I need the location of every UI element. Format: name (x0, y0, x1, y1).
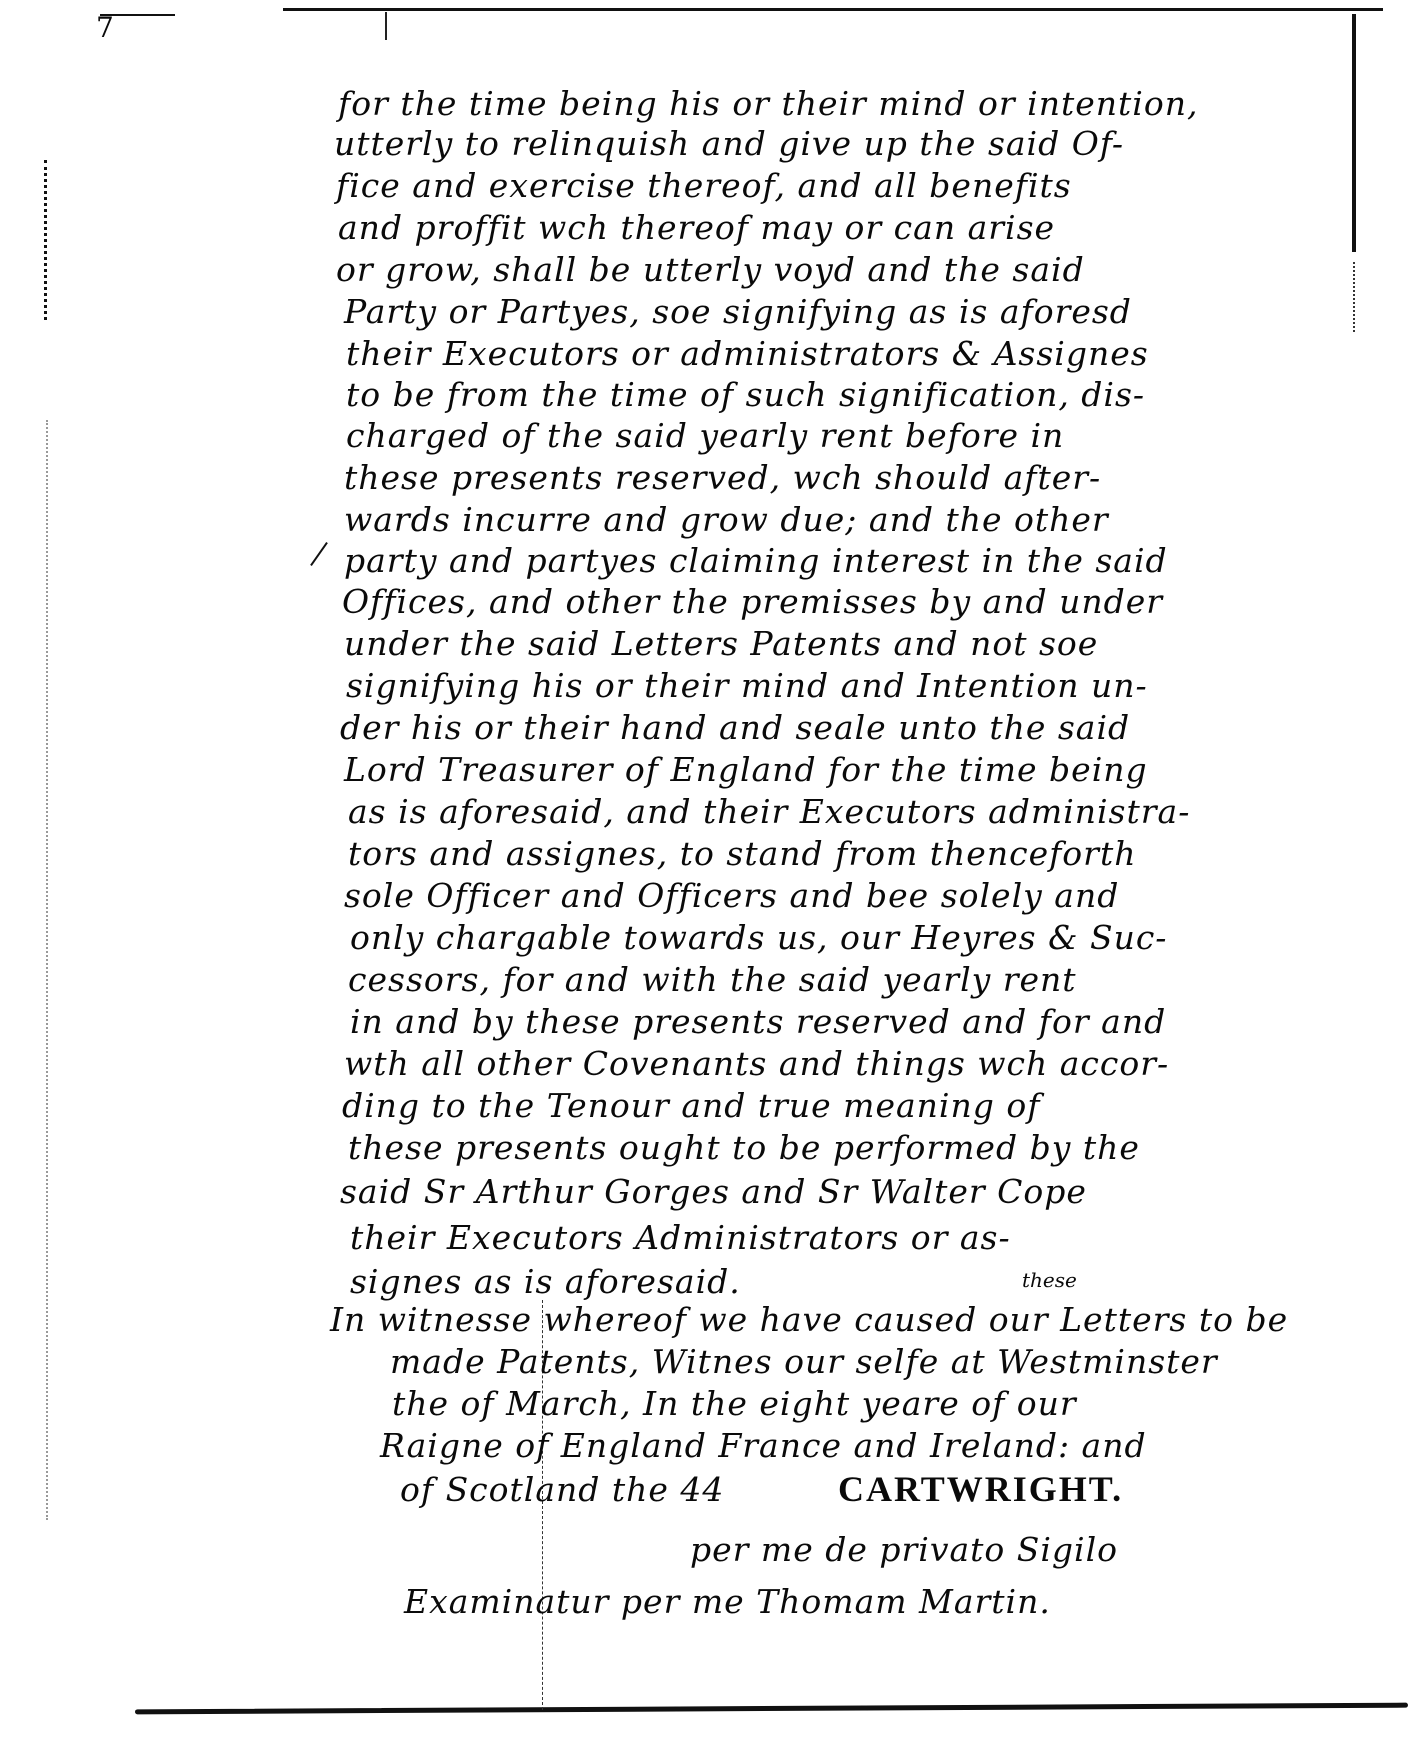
left-margin-marks (44, 160, 50, 320)
page-edge-right-dotted (1353, 262, 1355, 332)
text-line: der his or their hand and seale unto the… (340, 708, 1130, 747)
manuscript-page: 7 for the time being his or their mind o… (0, 0, 1408, 1743)
text-line: their Executors or administrators & Assi… (346, 334, 1149, 373)
page-edge-top (283, 8, 1383, 11)
text-line: tors and assignes, to stand from thencef… (348, 834, 1136, 873)
page-edge-bottom (135, 1703, 1408, 1715)
text-line: Lord Treasurer of England for the time b… (344, 750, 1148, 789)
witness-line: In witnesse whereof we have caused our L… (330, 1300, 1288, 1339)
corner-mark: 7 (96, 14, 114, 42)
text-line: charged of the said yearly rent before i… (346, 416, 1064, 455)
clerk-name-stamp: CARTWRIGHT. (838, 1468, 1123, 1510)
witness-line: made Patents, Witnes our selfe at Westmi… (390, 1342, 1218, 1381)
text-line: in and by these presents reserved and fo… (350, 1002, 1166, 1041)
witness-line: Raigne of England France and Ireland: an… (380, 1426, 1147, 1465)
text-line: these presents reserved, wch should afte… (344, 458, 1101, 497)
fold-line-top (385, 12, 387, 40)
text-line: only chargable towards us, our Heyres & … (350, 918, 1167, 957)
margin-stroke (310, 542, 328, 566)
text-line: their Executors Administrators or as- (350, 1218, 1011, 1257)
subscription-line: Examinatur per me Thomam Martin. (404, 1582, 1051, 1621)
text-line: said Sr Arthur Gorges and Sr Walter Cope (340, 1172, 1087, 1211)
text-line: Party or Partyes, soe signifying as is a… (344, 292, 1132, 331)
text-line: as is aforesaid, and their Executors adm… (348, 792, 1190, 831)
text-line: wards incurre and grow due; and the othe… (344, 500, 1109, 539)
text-line: fice and exercise thereof, and all benef… (336, 166, 1072, 205)
text-line: cessors, for and with the said yearly re… (348, 960, 1077, 999)
text-line: to be from the time of such significatio… (346, 375, 1145, 414)
text-line: ding to the Tenour and true meaning of (342, 1086, 1040, 1125)
text-line: signes as is aforesaid. (350, 1262, 741, 1301)
witness-line: the of March, In the eight yeare of our (392, 1384, 1077, 1423)
text-line: or grow, shall be utterly voyd and the s… (336, 250, 1085, 289)
text-line: and proffit wch thereof may or can arise (338, 208, 1055, 247)
text-line: sole Officer and Officers and bee solely… (344, 876, 1119, 915)
witness-line: of Scotland the 44 (400, 1470, 724, 1509)
interlineation: these (1022, 1268, 1077, 1292)
subscription-line: per me de privato Sigilo (690, 1530, 1118, 1569)
left-margin-faint-marks (46, 420, 50, 1520)
text-line: for the time being his or their mind or … (338, 84, 1198, 123)
text-line: party and partyes claiming interest in t… (344, 541, 1168, 580)
text-line: these presents ought to be performed by … (348, 1128, 1140, 1167)
text-line: Offices, and other the premisses by and … (342, 582, 1163, 621)
text-line: under the said Letters Patents and not s… (344, 624, 1098, 663)
text-line: signifying his or their mind and Intenti… (346, 666, 1148, 705)
page-edge-right (1352, 14, 1356, 252)
text-line: utterly to relinquish and give up the sa… (334, 124, 1124, 163)
text-line: wth all other Covenants and things wch a… (344, 1044, 1169, 1083)
